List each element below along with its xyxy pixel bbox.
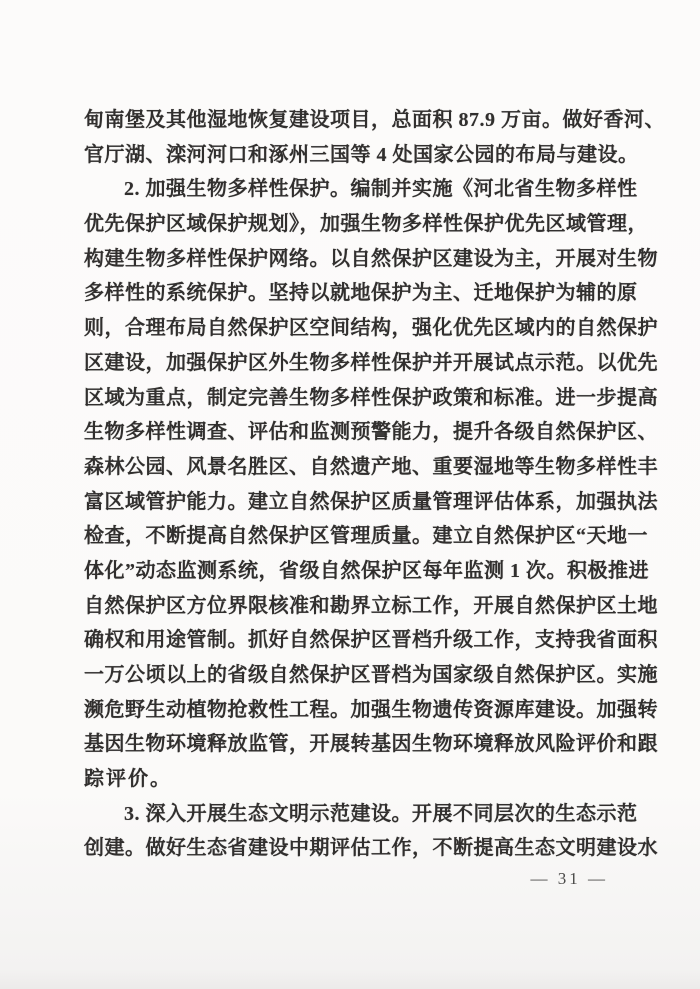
- page-number: — 31 —: [0, 869, 608, 889]
- text-line: 富区域管护能力。建立自然保护区质量管理评估体系，加强执法: [84, 485, 608, 520]
- text-line: 一万公顷以上的省级自然保护区晋档为国家级自然保护区。实施: [84, 658, 608, 693]
- text-line-paragraph-end: 踪评价。: [84, 762, 608, 797]
- text-line: 则，合理布局自然保护区空间结构，强化优先区域内的自然保护: [84, 311, 608, 346]
- text-line-paragraph-2-start: 2. 加强生物多样性保护。编制并实施《河北省生物多样性: [84, 172, 608, 207]
- text-line: 检查，不断提高自然保护区管理质量。建立自然保护区“天地一: [84, 519, 608, 554]
- text-line: 区域为重点，制定完善生物多样性保护政策和标准。进一步提高: [84, 381, 608, 416]
- text-line: 体化”动态监测系统，省级自然保护区每年监测 1 次。积极推进: [84, 554, 608, 589]
- text-line: 多样性的系统保护。坚持以就地保护为主、迁地保护为辅的原: [84, 276, 608, 311]
- text-line: 优先保护区域保护规划》，加强生物多样性保护优先区域管理，: [84, 207, 608, 242]
- text-line: 甸南堡及其他湿地恢复建设项目，总面积 87.9 万亩。做好香河、: [84, 103, 608, 138]
- text-line: 基因生物环境释放监管，开展转基因生物环境释放风险评价和跟: [84, 727, 608, 762]
- document-page: 甸南堡及其他湿地恢复建设项目，总面积 87.9 万亩。做好香河、 官厅湖、滦河河…: [0, 0, 700, 989]
- text-line-paragraph-3-start: 3. 深入开展生态文明示范建设。开展不同层次的生态示范: [84, 797, 608, 832]
- text-line: 濒危野生动植物抢救性工程。加强生物遗传资源库建设。加强转: [84, 693, 608, 728]
- text-line: 自然保护区方位界限核准和勘界立标工作，开展自然保护区土地: [84, 589, 608, 624]
- text-line: 创建。做好生态省建设中期评估工作，不断提高生态文明建设水: [84, 831, 608, 866]
- text-line: 区建设，加强保护区外生物多样性保护并开展试点示范。以优先: [84, 346, 608, 381]
- text-line: 确权和用途管制。抓好自然保护区晋档升级工作，支持我省面积: [84, 623, 608, 658]
- text-line: 森林公园、风景名胜区、自然遗产地、重要湿地等生物多样性丰: [84, 450, 608, 485]
- text-line: 官厅湖、滦河河口和涿州三国等 4 处国家公园的布局与建设。: [84, 138, 608, 173]
- text-line: 构建生物多样性保护网络。以自然保护区建设为主，开展对生物: [84, 242, 608, 277]
- text-block: 甸南堡及其他湿地恢复建设项目，总面积 87.9 万亩。做好香河、 官厅湖、滦河河…: [84, 103, 608, 866]
- text-line: 生物多样性调查、评估和监测预警能力，提升各级自然保护区、: [84, 415, 608, 450]
